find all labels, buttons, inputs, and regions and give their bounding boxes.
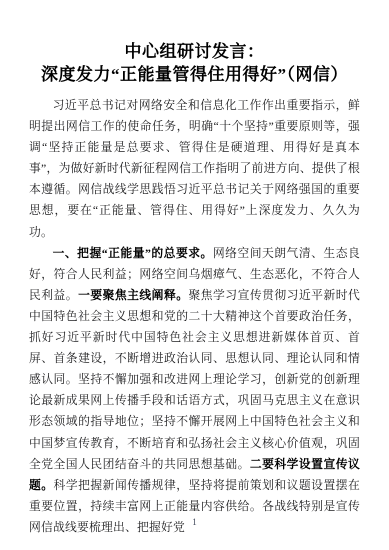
body-paragraph: 习近平总书记对网络安全和信息化工作作出重要指示，鲜明提出网信工作的使命任务，明确…	[29, 95, 360, 243]
body-text: 聚焦学习宣传贯彻习近平新时代中国特色社会主义思想和党的二十大精神这个首要政治任务…	[29, 288, 360, 471]
document-page: 中心组研讨发言： 深度发力“正能量管得住用得好”（网信） 习近平总书记对网络安全…	[0, 0, 389, 550]
document-title: 中心组研讨发言： 深度发力“正能量管得住用得好”（网信）	[29, 40, 360, 86]
heading-phrase: 一要聚焦主线阐释。	[78, 288, 188, 302]
document-title-line-2: 深度发力“正能量管得住用得好”（网信）	[29, 63, 360, 86]
body-paragraph: 一、把握“正能量”的总要求。网络空间天朗气清、生态良好，符合人民利益；网络空间乌…	[29, 243, 360, 538]
body-text: 习近平总书记对网络安全和信息化工作作出重要指示，鲜明提出网信工作的使命任务，明确…	[29, 98, 360, 239]
heading-phrase: 一、把握“正能量”的总要求。	[53, 246, 213, 260]
page-number: 1	[0, 517, 389, 527]
document-title-line-1: 中心组研讨发言：	[29, 40, 360, 63]
document-body: 习近平总书记对网络安全和信息化工作作出重要指示，鲜明提出网信工作的使命任务，明确…	[29, 95, 360, 538]
